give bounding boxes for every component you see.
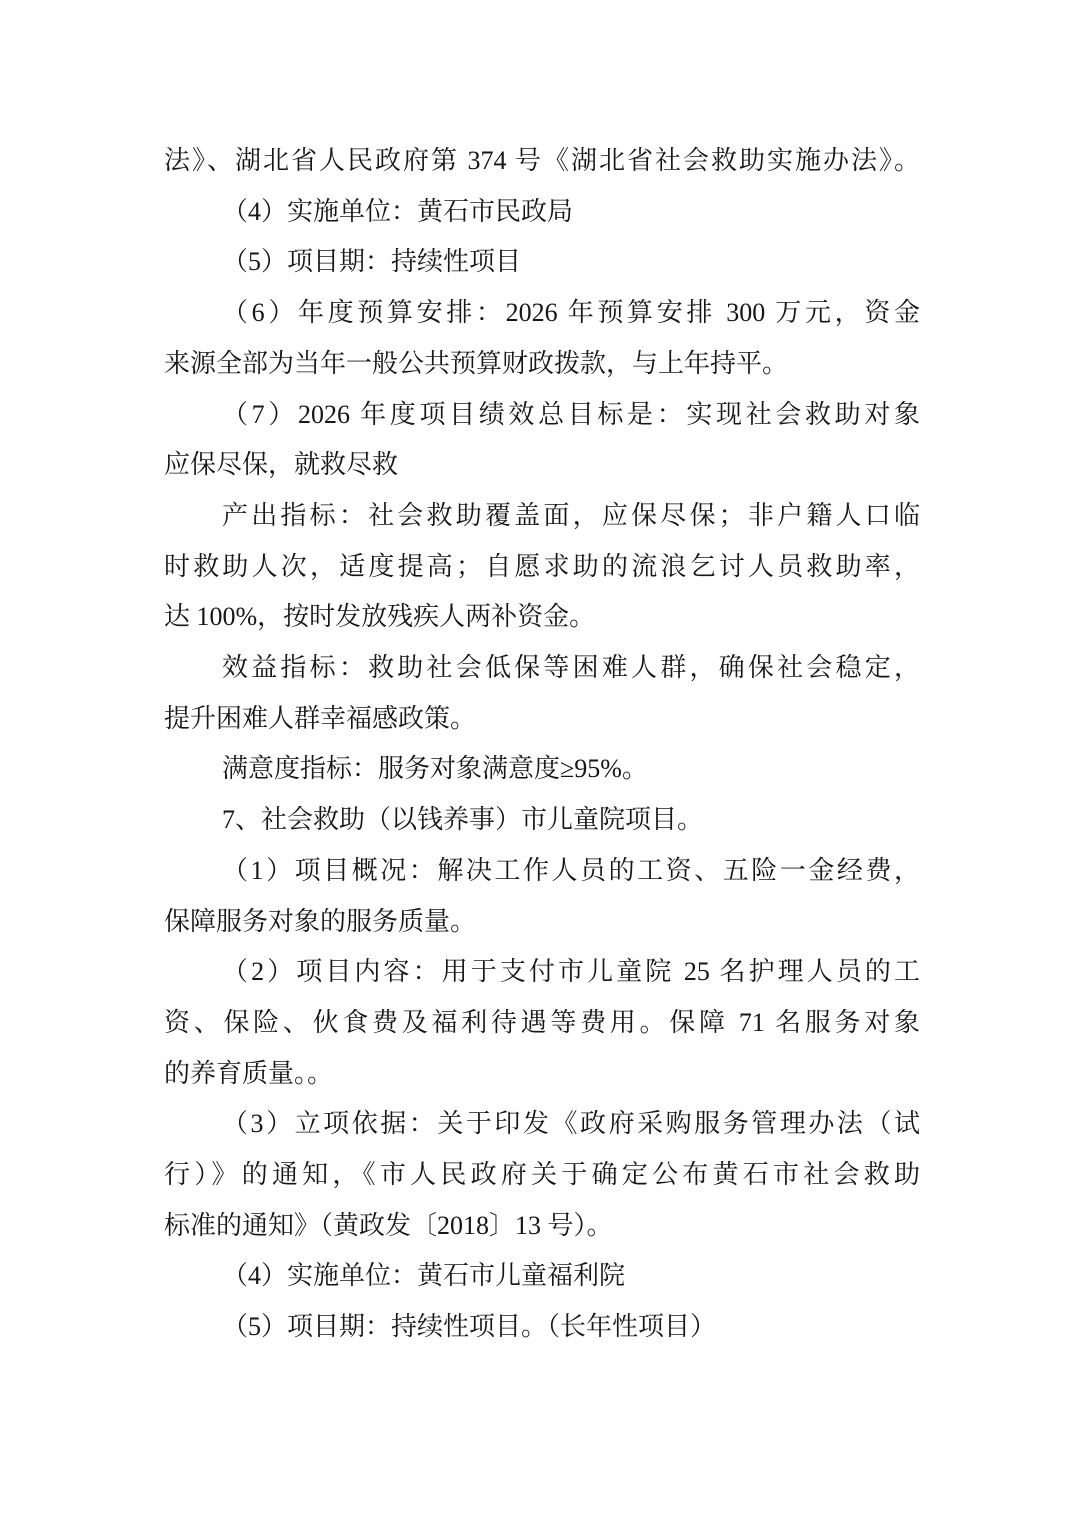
text-line: 产出指标：社会救助覆盖面，应保尽保；非户籍人口临: [164, 491, 920, 542]
text-line: 行）》的通知，《市人民政府关于确定公布黄石市社会救助: [164, 1150, 920, 1201]
text-line: （5）项目期：持续性项目: [164, 237, 920, 288]
text-line: （3）立项依据：关于印发《政府采购服务管理办法（试: [164, 1099, 920, 1150]
text-line: 保障服务对象的服务质量。: [164, 897, 920, 948]
text-line: （7）2026 年度项目绩效总目标是：实现社会救助对象: [164, 390, 920, 441]
text-line: 效益指标：救助社会低保等困难人群，确保社会稳定，: [164, 643, 920, 694]
text-line: 资、保险、伙食费及福利待遇等费用。保障 71 名服务对象: [164, 998, 920, 1049]
text-line: （2）项目内容：用于支付市儿童院 25 名护理人员的工: [164, 947, 920, 998]
text-line: （4）实施单位：黄石市民政局: [164, 187, 920, 238]
text-line: （4）实施单位：黄石市儿童福利院: [164, 1251, 920, 1302]
document-page: 法》、湖北省人民政府第 374 号《湖北省社会救助实施办法》。（4）实施单位：黄…: [0, 0, 1074, 1520]
text-line: 应保尽保，就救尽救: [164, 440, 920, 491]
text-line: 达 100%，按时发放残疾人两补资金。: [164, 592, 920, 643]
text-line: （5）项目期：持续性项目。（长年性项目）: [164, 1302, 920, 1353]
text-line: 时救助人次，适度提高；自愿求助的流浪乞讨人员救助率，: [164, 542, 920, 593]
text-line: 来源全部为当年一般公共预算财政拨款，与上年持平。: [164, 339, 920, 390]
text-line: 法》、湖北省人民政府第 374 号《湖北省社会救助实施办法》。: [164, 136, 920, 187]
text-line: 的养育质量。。: [164, 1049, 920, 1100]
text-line: 提升困难人群幸福感政策。: [164, 694, 920, 745]
document-text-block: 法》、湖北省人民政府第 374 号《湖北省社会救助实施办法》。（4）实施单位：黄…: [164, 136, 920, 1353]
text-line: 满意度指标：服务对象满意度≥95%。: [164, 744, 920, 795]
text-line: （6）年度预算安排：2026 年预算安排 300 万元，资金: [164, 288, 920, 339]
text-line: 标准的通知》（黄政发〔2018〕13 号）。: [164, 1201, 920, 1252]
text-line: （1）项目概况：解决工作人员的工资、五险一金经费，: [164, 846, 920, 897]
text-line: 7、社会救助（以钱养事）市儿童院项目。: [164, 795, 920, 846]
